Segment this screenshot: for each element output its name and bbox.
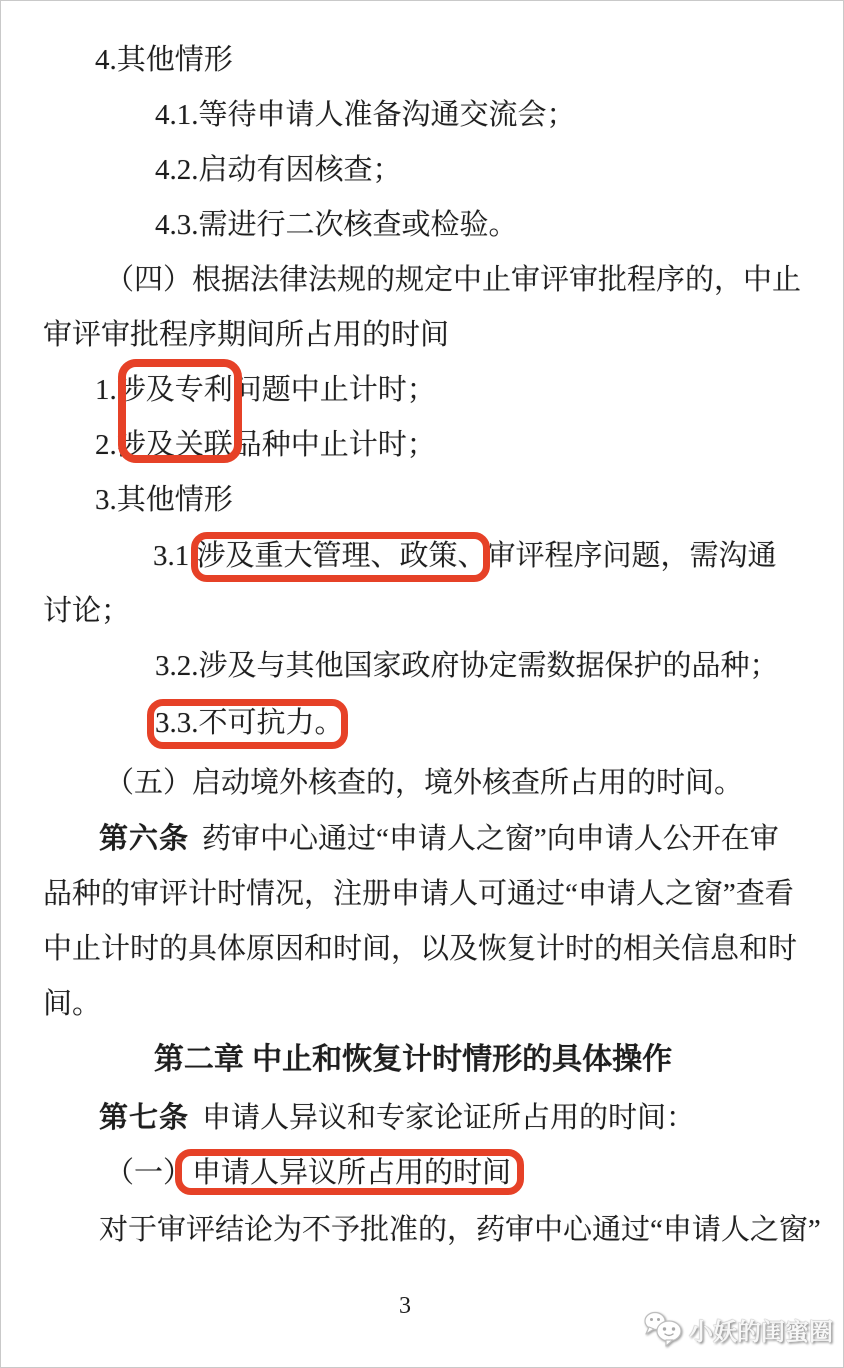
article7-text: 申请人异议和专家论证所占用的时间： xyxy=(202,1102,695,1134)
doc-line-item4-1: 4.1.等待申请人准备沟通交流会； xyxy=(155,98,576,132)
doc-line-article7: 第七条申请人异议和专家论证所占用的时间： xyxy=(99,1101,695,1135)
chapter-heading-text: 第二章 中止和恢复计时情形的具体操作 xyxy=(154,1043,672,1076)
doc-line-para-start: 对于审评结论为不予批准的，药审中心通过“申请人之窗” xyxy=(99,1213,821,1247)
doc-line-patent: 1.涉及专利问题中止计时； xyxy=(95,373,436,407)
doc-line-item3-1-cont: 讨论； xyxy=(43,594,130,628)
article7-label: 第七条 xyxy=(99,1102,189,1134)
doc-line-clause4-cont: 审评审批程序期间所占用的时间 xyxy=(43,318,449,352)
doc-line-article6-cont1: 品种的审评计时情况，注册申请人可通过“申请人之窗”查看 xyxy=(43,877,794,911)
doc-line-clause4-start: （四）根据法律法规的规定中止审评审批程序的，中止 xyxy=(105,263,801,297)
watermark: 小妖的闺蜜圈 xyxy=(642,1309,833,1349)
doc-line-clause1: （一）申请人异议所占用的时间 xyxy=(105,1156,511,1190)
doc-line-item3-1: 3.1.涉及重大管理、政策、审评程序问题，需沟通 xyxy=(153,539,777,573)
doc-line-article6-cont2: 中止计时的具体原因和时间，以及恢复计时的相关信息和时 xyxy=(43,932,797,966)
doc-line-item3-2: 3.2.涉及与其他国家政府协定需数据保护的品种； xyxy=(155,649,779,683)
doc-line-item3-other: 3.其他情形 xyxy=(95,483,233,517)
doc-line-item4: 4.其他情形 xyxy=(95,43,233,77)
doc-line-article6-cont3: 间。 xyxy=(43,987,101,1021)
article6-label: 第六条 xyxy=(99,823,189,855)
doc-line-item4-3: 4.3.需进行二次核查或检验。 xyxy=(155,208,518,242)
wechat-chat-bubbles-icon xyxy=(642,1309,686,1349)
doc-line-item4-2: 4.2.启动有因核查； xyxy=(155,153,402,187)
doc-line-item3-3: 3.3.不可抗力。 xyxy=(155,706,344,740)
chapter-heading: 第二章 中止和恢复计时情形的具体操作 xyxy=(1,1042,843,1078)
doc-line-related: 2.涉及关联品种中止计时； xyxy=(95,428,436,462)
document-page: 4.其他情形 4.1.等待申请人准备沟通交流会； 4.2.启动有因核查； 4.3… xyxy=(0,0,844,1368)
doc-line-article6: 第六条药审中心通过“申请人之窗”向申请人公开在审 xyxy=(99,822,779,856)
doc-line-clause5: （五）启动境外核查的，境外核查所占用的时间。 xyxy=(105,766,743,800)
watermark-text: 小妖的闺蜜圈 xyxy=(689,1312,833,1347)
article6-text: 药审中心通过“申请人之窗”向申请人公开在审 xyxy=(202,823,779,855)
